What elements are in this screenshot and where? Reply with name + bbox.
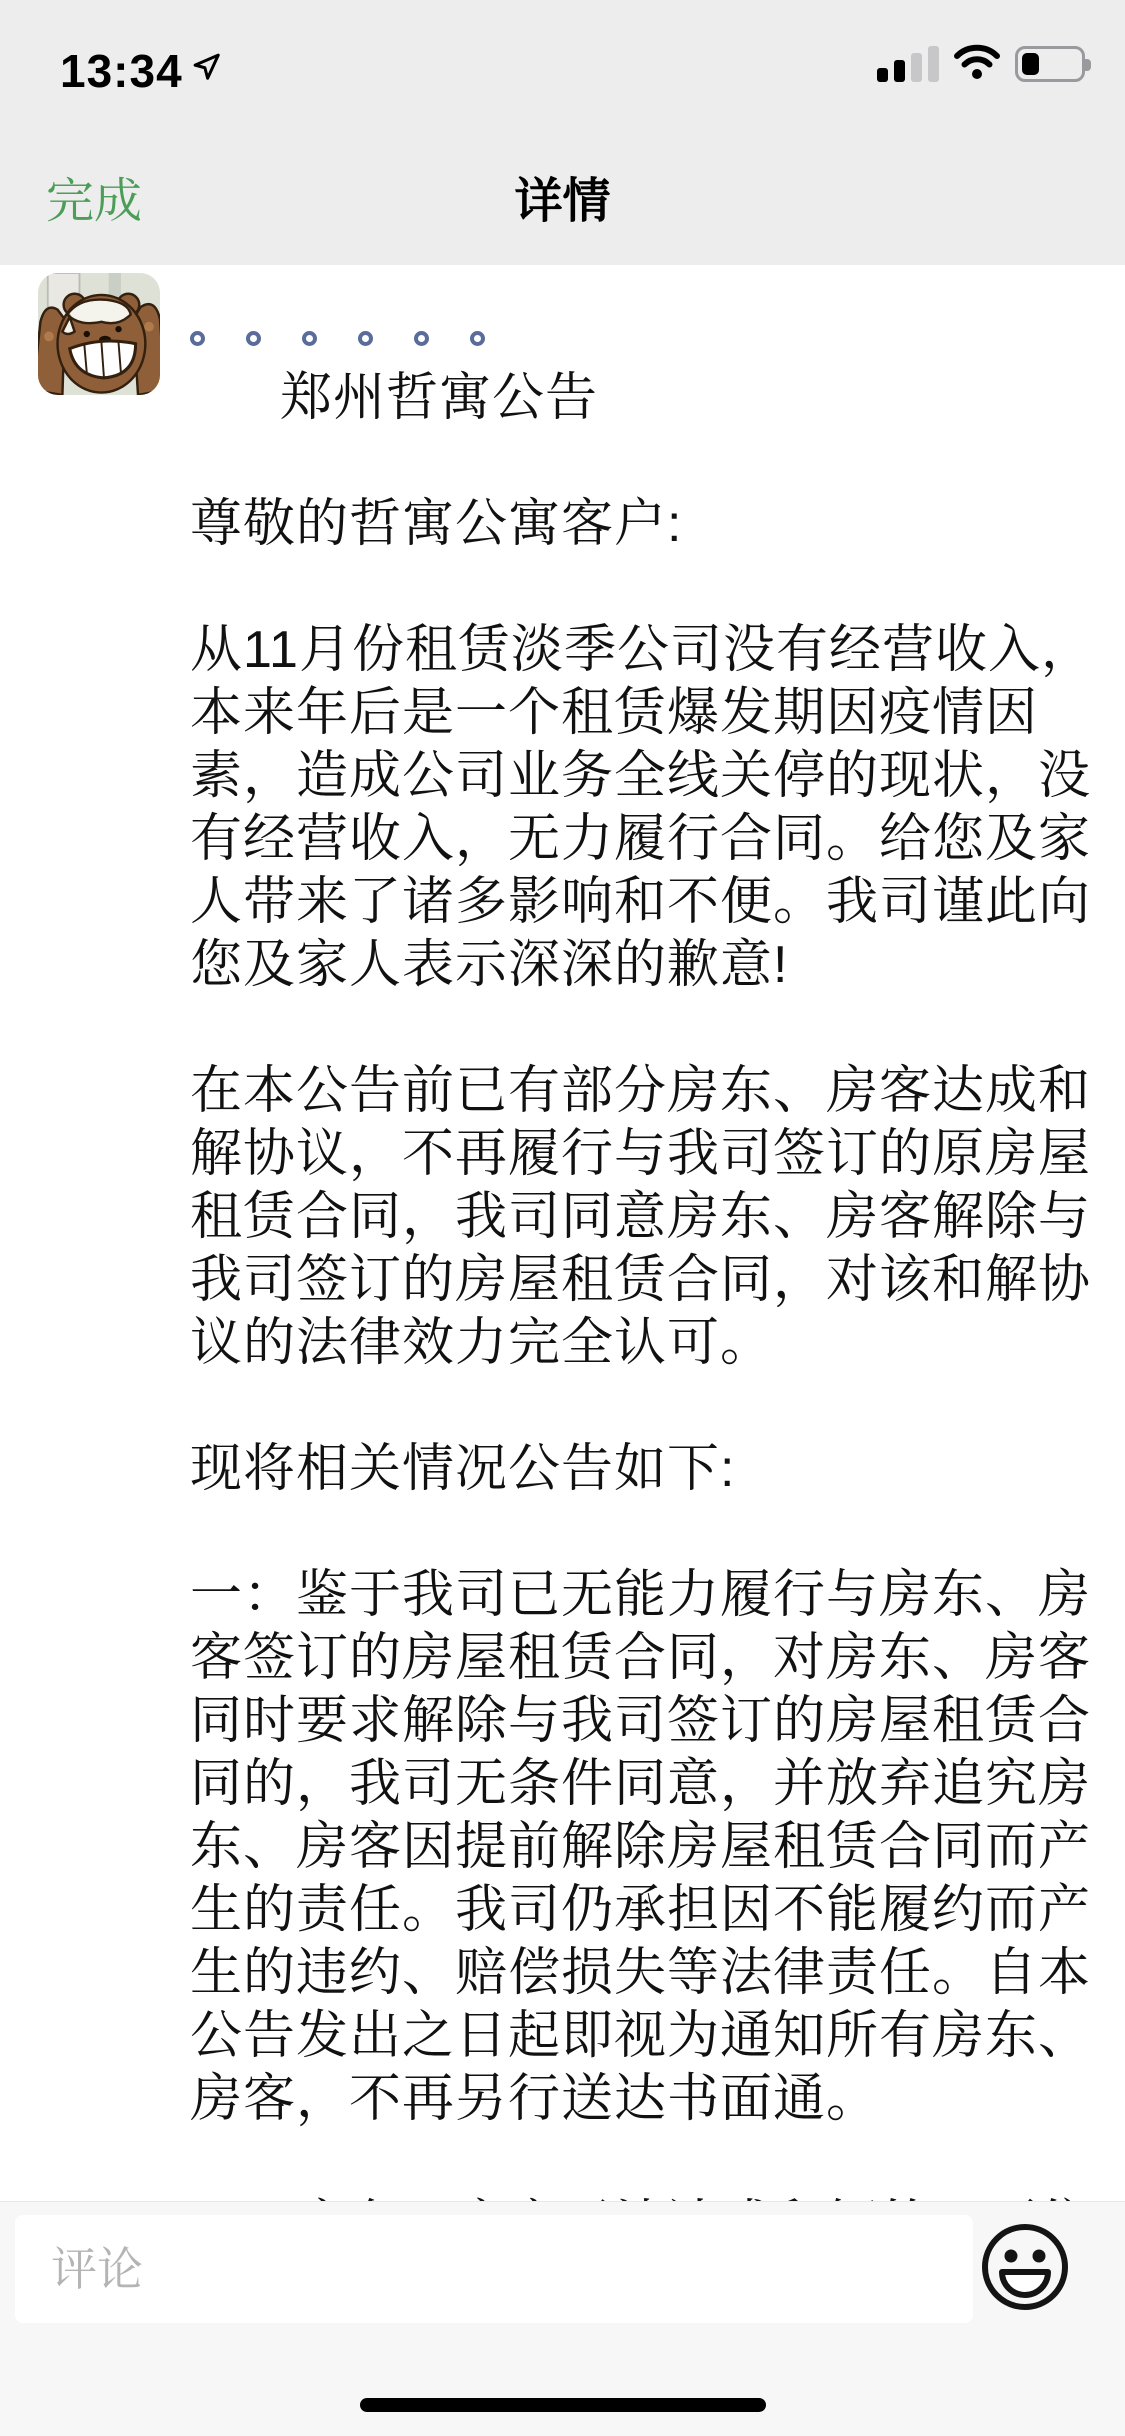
smiley-emoji-icon <box>980 2222 1070 2312</box>
post-title: 郑州哲寓公告 <box>190 367 1105 430</box>
battery-fill <box>1022 53 1039 75</box>
dot-circle <box>470 331 485 346</box>
comment-input[interactable] <box>15 2215 973 2323</box>
post-paragraph: 一：鉴于我司已无能力履行与房东、房 客签订的房屋租赁合同，对房东、房客 同时要求… <box>190 1564 1105 2131</box>
wifi-icon <box>953 43 1001 86</box>
status-time: 13:34 <box>60 44 183 98</box>
post-paragraph: 在本公告前已有部分房东、房客达成和 解协议，不再履行与我司签订的原房屋 租赁合同… <box>190 1060 1105 1375</box>
bear-avatar-image <box>38 273 160 395</box>
battery-icon <box>1015 46 1085 82</box>
home-indicator[interactable] <box>360 2398 766 2412</box>
post-content: 郑州哲寓公告 尊敬的哲寓公寓客户: 从11月份租赁淡季公司没有经营收入， 本来年… <box>0 265 1125 2436</box>
dot-circle <box>302 331 317 346</box>
dot-circle <box>358 331 373 346</box>
header: 13:34 <box>0 0 1125 265</box>
smiley-emoji-button[interactable] <box>980 2222 1070 2312</box>
wechat-detail-screen: 13:34 <box>0 0 1125 2436</box>
dot-circle <box>246 331 261 346</box>
dot-circle <box>414 331 429 346</box>
nav-bar: 完成 详情 <box>0 120 1125 265</box>
post-paragraph: 从11月份租赁淡季公司没有经营收入， 本来年后是一个租赁爆发期因疫情因 素，造成… <box>190 619 1105 997</box>
post-paragraph: 现将相关情况公告如下: <box>190 1438 1105 1501</box>
post-paragraph: 尊敬的哲寓公寓客户: <box>190 493 1105 556</box>
page-title: 详情 <box>0 162 1125 231</box>
status-right-icons <box>877 42 1085 86</box>
cell-signal-icon <box>877 46 939 82</box>
status-bar: 13:34 <box>0 0 1125 120</box>
dot-circle <box>190 331 205 346</box>
post-text: 郑州哲寓公告 尊敬的哲寓公寓客户: 从11月份租赁淡季公司没有经营收入， 本来年… <box>190 304 1105 2257</box>
bear-avatar[interactable] <box>38 273 160 395</box>
dots-row <box>190 304 1105 367</box>
location-arrow-icon <box>192 52 222 87</box>
